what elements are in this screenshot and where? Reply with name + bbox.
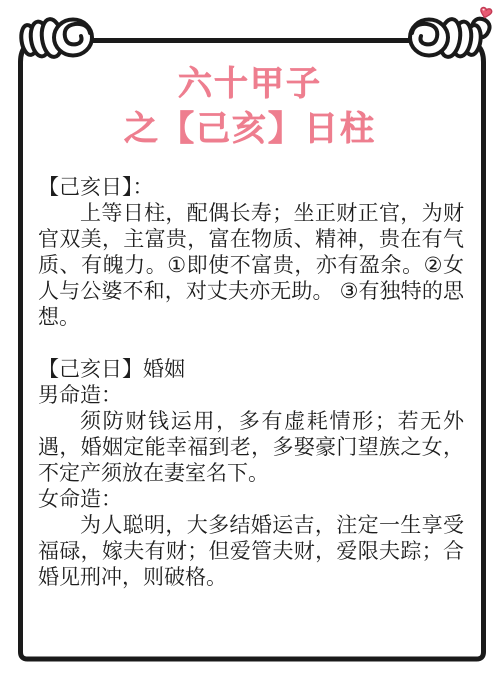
- male-chart-paragraph: 须防财钱运用，多有虚耗情形；若无外遇，婚姻定能幸福到老，多娶豪门望族之女，不定产…: [38, 409, 464, 487]
- card-body: 【己亥日】： 上等日柱，配偶长寿；坐正财正官，为财官双美，主富贵，富在物质、精神…: [38, 175, 464, 591]
- section-paragraph: 上等日柱，配偶长寿；坐正财正官，为财官双美，主富贵，富在物质、精神，贵在有气质、…: [38, 201, 464, 331]
- male-chart-label: 男命造：: [38, 383, 464, 409]
- page-title: 六十甲子 之【己亥】日柱: [0, 62, 500, 152]
- section-heading: 【己亥日】：: [38, 175, 464, 201]
- spiral-binding-right-icon: [410, 18, 490, 58]
- section-jihai-day: 【己亥日】： 上等日柱，配偶长寿；坐正财正官，为财官双美，主富贵，富在物质、精神…: [38, 175, 464, 331]
- section-heading: 【己亥日】婚姻: [38, 357, 464, 383]
- female-chart-paragraph: 为人聪明，大多结婚运吉，注定一生享受福碌，嫁夫有财；但爱管夫财，爱限夫踪；合婚见…: [38, 513, 464, 591]
- title-line-1: 六十甲子: [0, 62, 500, 107]
- title-line-2: 之【己亥】日柱: [0, 107, 500, 152]
- spiral-binding-left-icon: [19, 18, 92, 58]
- female-chart-label: 女命造：: [38, 487, 464, 513]
- section-jihai-marriage: 【己亥日】婚姻 男命造： 须防财钱运用，多有虚耗情形；若无外遇，婚姻定能幸福到老…: [38, 357, 464, 591]
